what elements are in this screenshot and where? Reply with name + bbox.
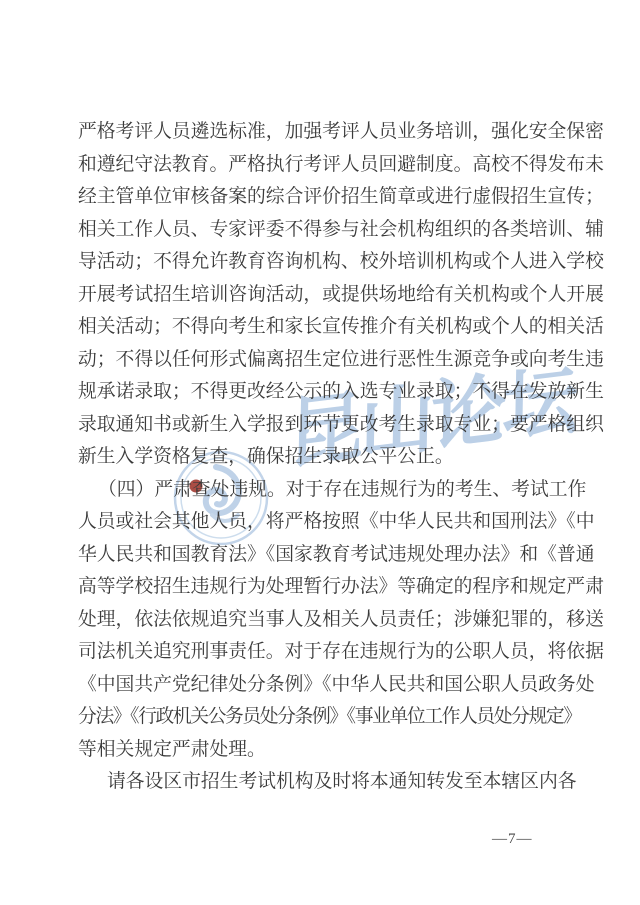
- text-line: 分法》《行政机关公务员处分条例》《事业单位工作人员处分规定》: [78, 701, 618, 734]
- page-number: —7—: [492, 828, 533, 850]
- text-line: 等相关规定严肃处理。: [78, 734, 618, 767]
- text-line: 动；不得以任何形式偏离招生定位进行恶性生源竞争或向考生违: [78, 344, 618, 377]
- text-line: 高等学校招生违规行为处理暂行办法》等确定的程序和规定严肃: [78, 571, 618, 604]
- text-line: 《中国共产党纪律处分条例》《中华人民共和国公职人员政务处: [78, 669, 618, 702]
- text-line: 经主管单位审核备案的综合评价招生简章或进行虚假招生宣传；: [78, 181, 618, 214]
- text-line: 严格考评人员遴选标准，加强考评人员业务培训，强化安全保密: [78, 116, 618, 149]
- text-line: （四）严肃查处违规。对于存在违规行为的考生、考试工作: [78, 474, 618, 507]
- text-line: 开展考试招生培训咨询活动，或提供场地给有关机构或个人开展: [78, 279, 618, 312]
- text-line: 相关工作人员、专家评委不得参与社会机构组织的各类培训、辅: [78, 214, 618, 247]
- text-line: 人员或社会其他人员，将严格按照《中华人民共和国刑法》《中: [78, 506, 618, 539]
- text-line: 相关活动；不得向考生和家长宣传推介有关机构或个人的相关活: [78, 311, 618, 344]
- text-line: 导活动；不得允许教育咨询机构、校外培训机构或个人进入学校: [78, 246, 618, 279]
- text-line: 司法机关追究刑事责任。对于存在违规行为的公职人员，将依据: [78, 636, 618, 669]
- text-block: 严格考评人员遴选标准，加强考评人员业务培训，强化安全保密和遵纪守法教育。严格执行…: [78, 116, 618, 799]
- text-line: 处理，依法依规追究当事人及相关人员责任；涉嫌犯罪的，移送: [78, 604, 618, 637]
- text-line: 新生入学资格复查，确保招生录取公平公正。: [78, 441, 618, 474]
- text-line: 录取通知书或新生入学报到环节更改考生录取专业；要严格组织: [78, 409, 618, 442]
- text-line: 和遵纪守法教育。严格执行考评人员回避制度。高校不得发布未: [78, 149, 618, 182]
- text-line: 规承诺录取；不得更改经公示的入选专业录取；不得在发放新生: [78, 376, 618, 409]
- document-page: 昆山论坛 严格考评人员遴选标准，加强考评人员业务培训，强化安全保密和遵纪守法教育…: [0, 0, 640, 905]
- text-line: 华人民共和国教育法》《国家教育考试违规处理办法》和《普通: [78, 539, 618, 572]
- text-line: 请各设区市招生考试机构及时将本通知转发至本辖区内各: [78, 766, 618, 799]
